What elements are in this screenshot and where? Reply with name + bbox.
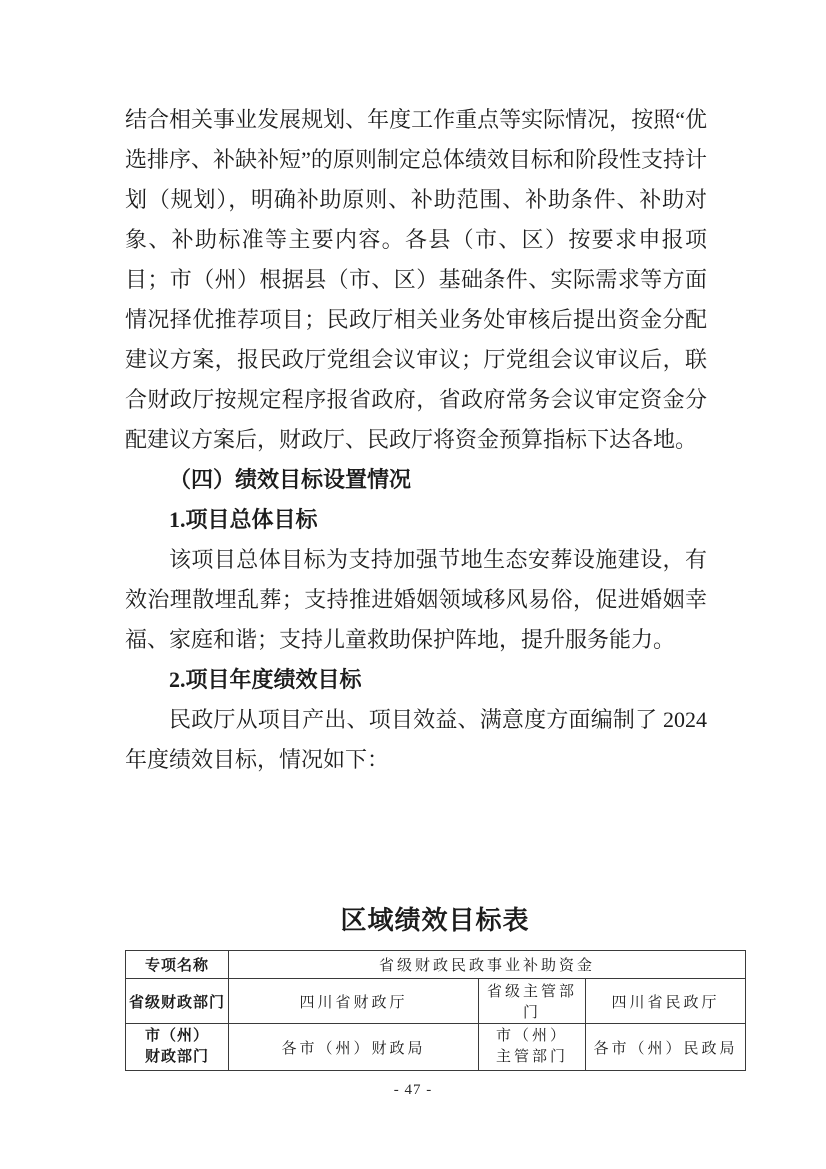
region-performance-goal-table: 专项名称 省级财政民政事业补助资金 省级财政部门 四川省财政厅 省级主管部门 四…	[125, 950, 746, 1071]
cell-value-city-civil-affairs-bureaus: 各市（州）民政局	[586, 1024, 746, 1071]
cell-label-special-fund-name: 专项名称	[126, 951, 229, 979]
cell-label-provincial-competent-dept: 省级主管部门	[479, 979, 586, 1024]
page-number: - 47 -	[0, 1082, 826, 1099]
table-title-region-performance-goal: 区域绩效目标表	[125, 903, 745, 939]
cell-value-special-fund-name: 省级财政民政事业补助资金	[229, 951, 746, 979]
paragraph-overall-goal: 该项目总体目标为支持加强节地生态安葬设施建设，有效治理散埋乱葬；支持推进婚姻领域…	[125, 540, 707, 660]
subheading-overall-project-goal: 1.项目总体目标	[125, 500, 707, 540]
cell-label-city-competent-dept: 市（州） 主管部门	[479, 1024, 586, 1071]
section-heading-performance-goal-setting: （四）绩效目标设置情况	[125, 460, 707, 500]
cell-label-city-competent-dept-line2: 主管部门	[481, 1047, 583, 1068]
cell-value-provincial-finance-dept: 四川省财政厅	[229, 979, 479, 1024]
table-row-provincial-departments: 省级财政部门 四川省财政厅 省级主管部门 四川省民政厅	[126, 979, 746, 1024]
table-row-special-fund-name: 专项名称 省级财政民政事业补助资金	[126, 951, 746, 979]
subheading-annual-performance-goal: 2.项目年度绩效目标	[125, 660, 707, 700]
cell-label-city-finance-dept-line2: 财政部门	[128, 1047, 226, 1068]
cell-label-city-finance-dept: 市（州） 财政部门	[126, 1024, 229, 1071]
cell-value-city-finance-bureaus: 各市（州）财政局	[229, 1024, 479, 1071]
document-page: 结合相关事业发展规划、年度工作重点等实际情况，按照“优选排序、补缺补短”的原则制…	[0, 0, 826, 1169]
cell-value-provincial-competent-dept: 四川省民政厅	[586, 979, 746, 1024]
cell-label-provincial-finance-dept: 省级财政部门	[126, 979, 229, 1024]
cell-label-city-finance-dept-line1: 市（州）	[128, 1026, 226, 1047]
paragraph-annual-goal-intro: 民政厅从项目产出、项目效益、满意度方面编制了 2024 年度绩效目标，情况如下：	[125, 700, 707, 780]
body-text: 结合相关事业发展规划、年度工作重点等实际情况，按照“优选排序、补缺补短”的原则制…	[125, 100, 707, 780]
paragraph-fund-allocation-process: 结合相关事业发展规划、年度工作重点等实际情况，按照“优选排序、补缺补短”的原则制…	[125, 100, 707, 460]
table-row-city-departments: 市（州） 财政部门 各市（州）财政局 市（州） 主管部门 各市（州）民政局	[126, 1024, 746, 1071]
cell-label-city-competent-dept-line1: 市（州）	[481, 1026, 583, 1047]
